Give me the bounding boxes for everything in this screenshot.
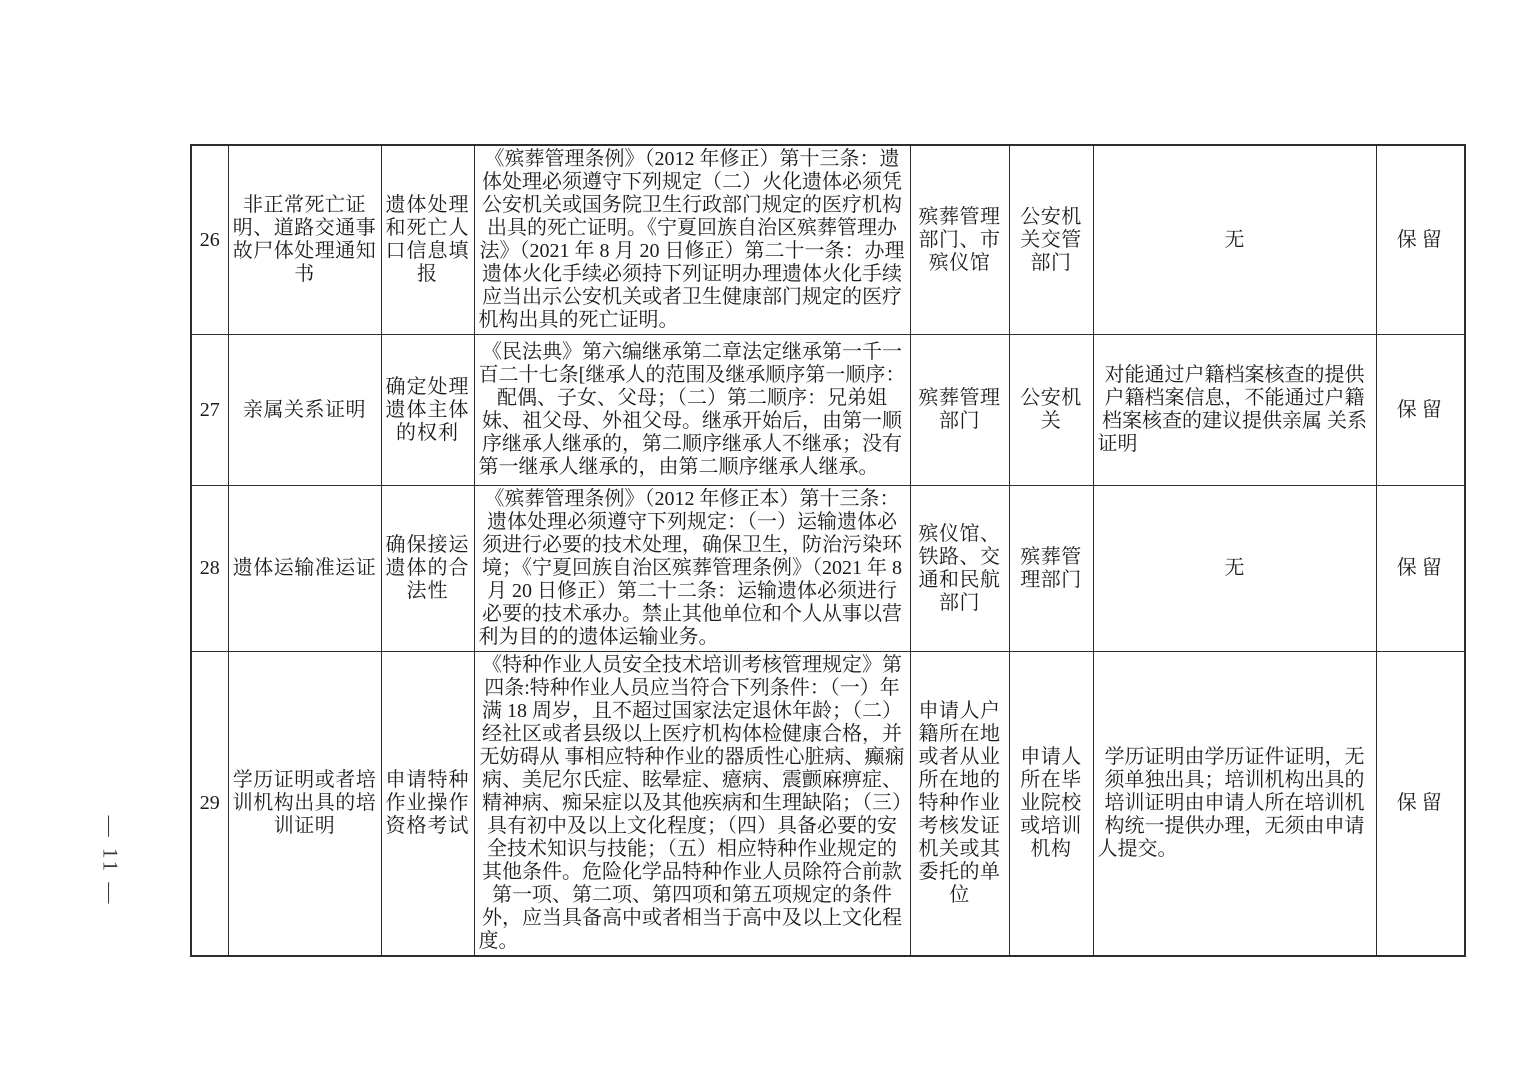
table-row: 27 亲属关系证明 确定处理遗体主体的权利 《民法典》第六编继承第二章法定继承第… [191,335,1465,486]
row-number-cell: 29 [191,652,228,957]
alternative-cell: 对能通过户籍档案核查的提供户籍档案信息，不能通过户籍档案核查的建议提供亲属 关系… [1093,335,1376,486]
alternative-cell: 无 [1093,486,1376,652]
alternative-cell: 学历证明由学历证件证明，无须单独出具；培训机构出具的培训证明由申请人所在培训机构… [1093,652,1376,957]
issuing-unit-cell: 公安机关 [1009,335,1093,486]
table-row: 26 非正常死亡证明、道路交通事故尸体处理通知书 遗体处理和死亡人口信息填报 《… [191,145,1465,335]
legal-basis-cell: 《特种作业人员安全技术培训考核管理规定》第四条:特种作业人员应当符合下列条件：（… [474,652,910,957]
table-row: 28 遗体运输准运证 确保接运遗体的合法性 《殡葬管理条例》（2012 年修正本… [191,486,1465,652]
item-name-cell: 学历证明或者培训机构出具的培训证明 [228,652,381,957]
purpose-cell: 确保接运遗体的合法性 [381,486,474,652]
table-row: 29 学历证明或者培训机构出具的培训证明 申请特种作业操作资格考试 《特种作业人… [191,652,1465,957]
item-name-cell: 亲属关系证明 [228,335,381,486]
row-number-cell: 28 [191,486,228,652]
requesting-unit-cell: 申请人户籍所在地或者从业所在地的特种作业考核发证机关或其委托的单位 [910,652,1009,957]
issuing-unit-cell: 殡葬管理部门 [1009,486,1093,652]
certificate-items-table: 26 非正常死亡证明、道路交通事故尸体处理通知书 遗体处理和死亡人口信息填报 《… [190,144,1466,957]
legal-basis-cell: 《民法典》第六编继承第二章法定继承第一千一百二十七条[继承人的范围及继承顺序第一… [474,335,910,486]
requesting-unit-cell: 殡葬管理部门、市殡仪馆 [910,145,1009,335]
row-number-cell: 27 [191,335,228,486]
page-number: — 11 — [98,816,123,907]
decision-cell: 保留 [1376,145,1465,335]
requesting-unit-cell: 殡葬管理部门 [910,335,1009,486]
decision-cell: 保留 [1376,652,1465,957]
item-name-cell: 非正常死亡证明、道路交通事故尸体处理通知书 [228,145,381,335]
purpose-cell: 确定处理遗体主体的权利 [381,335,474,486]
issuing-unit-cell: 申请人所在毕业院校或培训机构 [1009,652,1093,957]
document-page: — 11 — 26 非正常死亡证明、道路交通事故尸体处理通知书 遗体处理和死亡人… [0,0,1520,1075]
legal-basis-cell: 《殡葬管理条例》（2012 年修正）第十三条：遗体处理必须遵守下列规定（二）火化… [474,145,910,335]
alternative-cell: 无 [1093,145,1376,335]
row-number-cell: 26 [191,145,228,335]
purpose-cell: 遗体处理和死亡人口信息填报 [381,145,474,335]
item-name-cell: 遗体运输准运证 [228,486,381,652]
purpose-cell: 申请特种作业操作资格考试 [381,652,474,957]
legal-basis-cell: 《殡葬管理条例》（2012 年修正本）第十三条：遗体处理必须遵守下列规定：（一）… [474,486,910,652]
requesting-unit-cell: 殡仪馆、铁路、交通和民航部门 [910,486,1009,652]
decision-cell: 保留 [1376,486,1465,652]
decision-cell: 保留 [1376,335,1465,486]
issuing-unit-cell: 公安机关交管部门 [1009,145,1093,335]
